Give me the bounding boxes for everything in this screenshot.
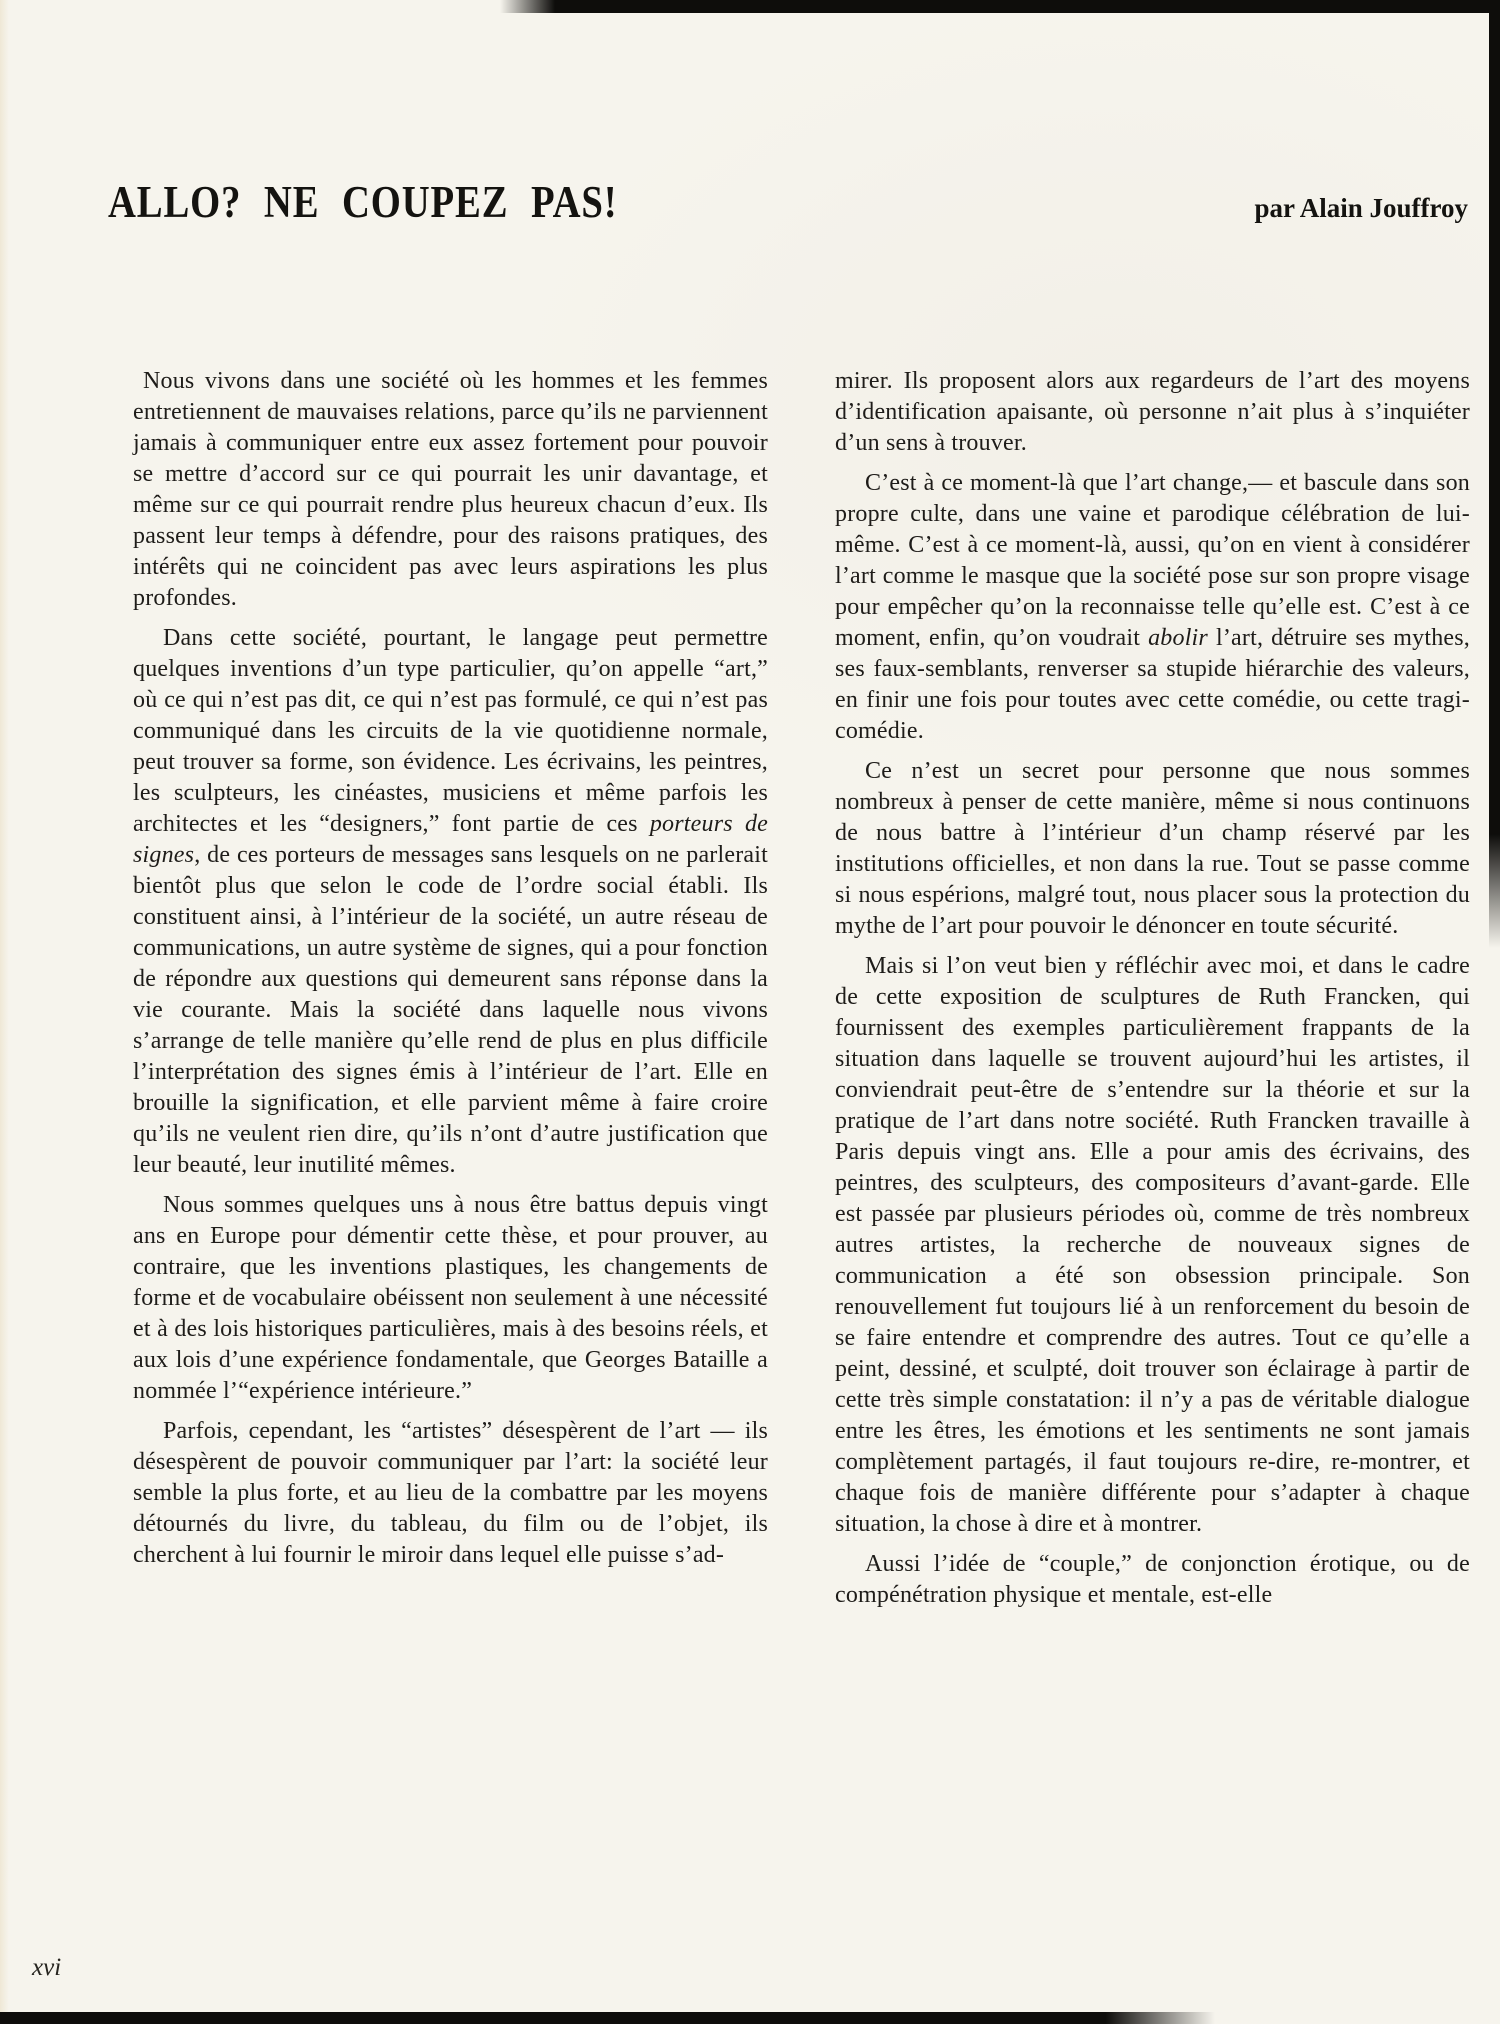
paragraph: Dans cette société, pourtant, le langage… xyxy=(133,623,768,1181)
text-run: C’est à ce moment-là que l’art change,— … xyxy=(835,470,1470,651)
italic-text: abolir xyxy=(1148,625,1208,651)
paragraph: Ce n’est un secret pour personne que nou… xyxy=(835,756,1470,942)
text-run: Nous vivons dans une société où les homm… xyxy=(133,368,768,611)
paragraph: mirer. Ils proposent alors aux regardeur… xyxy=(835,366,1470,459)
text-run: Nous sommes quelques uns à nous être bat… xyxy=(133,1192,768,1404)
scan-edge-right xyxy=(1489,0,1500,948)
scan-edge-bottom xyxy=(0,2012,1215,2024)
left-column: Nous vivons dans une société où les homm… xyxy=(133,366,768,1620)
text-run: , de ces porteurs de messages sans lesqu… xyxy=(133,842,768,1178)
text-run: Ce n’est un secret pour personne que nou… xyxy=(835,758,1470,939)
paragraph: Aussi l’idée de “couple,” de conjonction… xyxy=(835,1549,1470,1611)
paragraph: Mais si l’on veut bien y réfléchir avec … xyxy=(835,951,1470,1540)
text-run: Parfois, cependant, les “artistes” déses… xyxy=(133,1418,768,1568)
text-run: Dans cette société, pourtant, le langage… xyxy=(133,625,768,837)
article-title: ALLO? NE COUPEZ PAS! xyxy=(108,180,618,225)
paragraph: Nous vivons dans une société où les homm… xyxy=(133,366,768,614)
text-run: mirer. Ils proposent alors aux regardeur… xyxy=(835,368,1470,456)
page-number: xvi xyxy=(32,1954,61,1982)
paragraph: Parfois, cependant, les “artistes” déses… xyxy=(133,1416,768,1571)
paragraph: C’est à ce moment-là que l’art change,— … xyxy=(835,468,1470,747)
scanned-page: ALLO? NE COUPEZ PAS! par Alain Jouffroy … xyxy=(0,0,1500,2024)
paragraph: Nous sommes quelques uns à nous être bat… xyxy=(133,1190,768,1407)
right-column: mirer. Ils proposent alors aux regardeur… xyxy=(835,366,1470,1620)
article-byline: par Alain Jouffroy xyxy=(930,193,1468,224)
text-run: Mais si l’on veut bien y réfléchir avec … xyxy=(835,953,1470,1537)
article-body: Nous vivons dans une société où les homm… xyxy=(133,366,1470,1620)
text-run: Aussi l’idée de “couple,” de conjonction… xyxy=(835,1551,1470,1608)
scan-edge-top xyxy=(500,0,1500,13)
